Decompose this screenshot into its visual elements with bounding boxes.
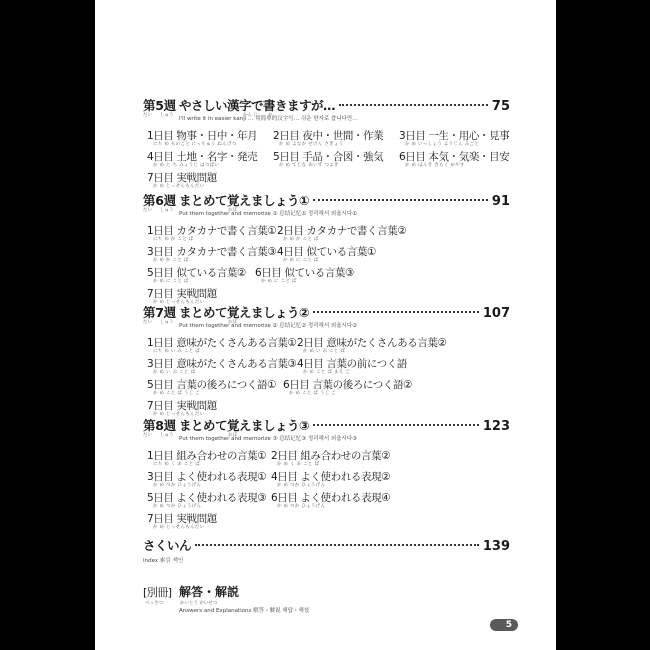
day-item[interactable]: 3日目 カタカナで書く言葉③か め か こと ば [147,246,277,267]
toc-section-week8: 第8週 まとめて覚えましょう③ 123 だい しゅう おぼ Put them t… [143,416,510,534]
answers-ruby: べっさつ かいとう かいせつ [143,600,309,607]
day-item[interactable]: 2日目 カタカナで書く言葉②か め か こと ば [277,225,406,246]
leader-dots [313,424,479,426]
day-item[interactable]: 1日目 組み合わせの言葉①にち め く あ こと ば [147,450,271,471]
day-item[interactable]: 7日目 実戦問題か め じっせんもんだい [147,513,217,534]
day-item[interactable]: 1日目 物事・日中・年月にち め ものごと にっちゅう ねんげつ [147,130,273,151]
section-header[interactable]: 第6週 まとめて覚えましょう① 91 [143,191,510,207]
day-item[interactable]: 1日目 カタカナで書く言葉①にち め か こと ば [147,225,277,246]
day-item[interactable]: 3日目 一生・用心・見事か め いっしょう ようじん みごと [399,130,509,151]
toc-section-week5: 第5週 やさしい漢字で書きますが… 75 だい しゅう かん じ か I'll … [143,96,510,193]
day-item[interactable]: 2日目 組み合わせの言葉②か め く あ こと ば [271,450,390,471]
header-ruby: だい しゅう おぼ [143,319,510,326]
day-item[interactable]: 4日目 言葉の前につく語か め こと ば まえ ご [297,358,407,379]
day-item[interactable]: 2日目 意味がたくさんある言葉②か め い み こと ば [297,337,447,358]
leader-dots [195,544,479,546]
toc-section-week7: 第7週 まとめて覚えましょう② 107 だい しゅう おぼ Put them t… [143,303,510,421]
day-item[interactable]: 3日目 よく使われる表現①か め つか ひょうげん [147,471,271,492]
day-item[interactable]: 5日目 手品・合図・強気か め てじな あいず つよき [273,151,399,172]
toc-section-index: さくいん 139 Index 索引 색인 [143,536,510,564]
day-item[interactable]: 3日目 意味がたくさんある言葉③か め い み こと ば [147,358,297,379]
section-header[interactable]: 第8週 まとめて覚えましょう③ 123 [143,416,510,432]
day-list: 1日目 物事・日中・年月にち め ものごと にっちゅう ねんげつ 2日目 夜中・… [147,130,510,193]
day-item[interactable]: 5日目 言葉の後ろにつく語①か め こと ば うし ご [147,379,283,400]
index-title: さくいん [143,536,191,554]
index-subtitle: Index 索引 색인 [143,556,510,564]
day-item[interactable]: 5日目 似ている言葉②か め に こと ば [147,267,255,288]
day-item[interactable]: 6日目 言葉の後ろにつく語②か め こと ば うし ご [283,379,412,400]
header-ruby: だい しゅう おぼ [143,207,510,214]
section-header[interactable]: 第7週 まとめて覚えましょう② 107 [143,303,510,319]
day-item[interactable]: 6日目 本気・気楽・目安か め ほんき きらく めやす [399,151,509,172]
index-page-number: 139 [483,539,510,554]
day-item[interactable]: 1日目 意味がたくさんある言葉①にち め い み こと ば [147,337,297,358]
header-ruby: だい しゅう おぼ [143,432,510,439]
day-item[interactable]: 4日目 土地・名字・発売か め と ち みょうじ はつばい [147,151,273,172]
leader-dots [339,104,488,106]
day-item[interactable]: 6日目 似ている言葉③か め に こと ば [255,267,354,288]
separate-volume-tag: [別冊] [143,584,179,600]
leader-dots [313,311,479,313]
leader-dots [313,199,488,201]
toc-page: 第5週 やさしい漢字で書きますが… 75 だい しゅう かん じ か I'll … [95,0,556,650]
day-list: 1日目 カタカナで書く言葉①にち め か こと ば 2日目 カタカナで書く言葉②… [147,225,510,309]
answers-title: 解答・解説 [179,583,239,600]
day-list: 1日目 意味がたくさんある言葉①にち め い み こと ば 2日目 意味がたくさ… [147,337,510,421]
answers-subtitle: Answers and Explanations 解答・解说 해답・해설 [179,606,309,614]
day-item[interactable]: 6日目 よく使われる表現④か め つか ひょうげん [271,492,390,513]
day-item[interactable]: 4日目 似ている言葉①か め に こと ば [277,246,376,267]
day-item[interactable]: 2日目 夜中・世間・作業か め よなか せけん さぎょう [273,130,399,151]
day-item[interactable]: 7日目 実戦問題か め じっせんもんだい [147,172,217,193]
header-ruby: だい しゅう かん じ か [143,112,510,119]
page-number-badge: 5 [490,619,518,631]
day-item[interactable]: 5日目 よく使われる表現③か め つか ひょうげん [147,492,271,513]
section-header[interactable]: 第5週 やさしい漢字で書きますが… 75 [143,96,510,112]
day-list: 1日目 組み合わせの言葉①にち め く あ こと ば 2日目 組み合わせの言葉②… [147,450,510,534]
toc-section-answers: [別冊] 解答・解説 べっさつ かいとう かいせつ Answers and Ex… [143,583,309,614]
answers-header[interactable]: [別冊] 解答・解説 [143,583,309,600]
day-item[interactable]: 4日目 よく使われる表現②か め つか ひょうげん [271,471,390,492]
index-header[interactable]: さくいん 139 [143,536,510,552]
toc-section-week6: 第6週 まとめて覚えましょう① 91 だい しゅう おぼ Put them to… [143,191,510,309]
